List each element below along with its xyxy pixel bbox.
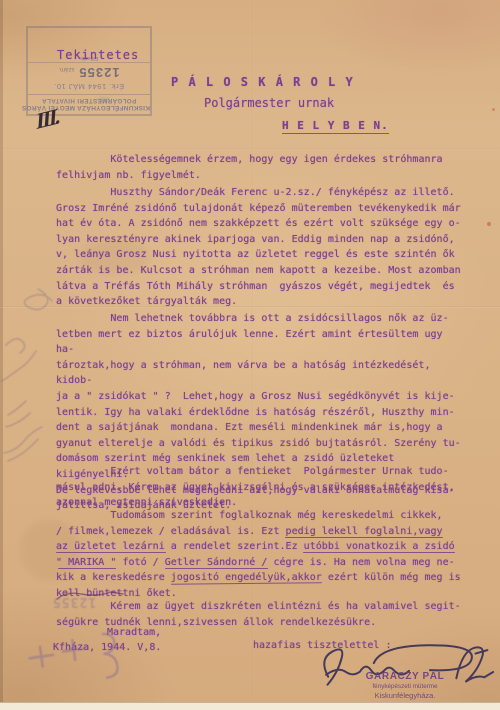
paragraph-1: Kötelességemnek érzem, hogy egy igen érd… (56, 152, 466, 183)
fold-crease (0, 148, 500, 150)
addressee-name: P Á L O S K Á R O L Y (171, 75, 354, 89)
delivery-line: H E L Y B E N. (282, 119, 389, 134)
underline-mark (165, 568, 268, 569)
paragraph-2: Huszthy Sándor/Deák Ferenc u-2.sz./ fény… (56, 185, 466, 310)
signature-stamp-name: GARÁCZY PÁL (352, 671, 458, 682)
paper-speck (487, 222, 491, 226)
signature-stamp: GARÁCZY PÁL fényképészeti müterme Kiskun… (352, 671, 458, 700)
received-stamp-number: 12355 (78, 65, 119, 80)
letter-page: KISKUNFÉLEGYHÁZA MEGYEI VÁROS POLGÁRMEST… (0, 0, 500, 710)
handwritten-filing-mark: III. (35, 103, 59, 136)
paragraph-5: Tudomásom szerint foglalkoznak még keres… (56, 508, 466, 602)
received-stamp-number-label: szám. (58, 66, 74, 72)
scan-edge (0, 702, 500, 710)
bleedthrough-handwriting (0, 285, 55, 475)
paragraph-4: Ezért voltam bátor a fentieket Polgármes… (56, 464, 466, 511)
received-stamp-date: Érk. 1944 MÁJ 10. (28, 82, 150, 91)
salutation: Tekintetes (57, 48, 139, 62)
bleedthrough-number: 12355 (52, 594, 96, 609)
underline-mark (56, 552, 166, 553)
pencil-scribble (18, 621, 131, 697)
signature-stamp-business: fényképészeti müterme (352, 683, 458, 690)
underline-mark (58, 568, 116, 569)
signature-stamp-city: Kiskunfélegyháza. (352, 691, 458, 700)
underline-mark (285, 537, 443, 538)
received-stamp: KISKUNFÉLEGYHÁZA MEGYEI VÁROS POLGÁRMEST… (26, 26, 152, 116)
paper-speck (492, 108, 495, 111)
underline-mark (303, 552, 455, 553)
addressee-title: Polgármester urnak (204, 96, 334, 110)
received-stamp-office: POLGÁRMESTERI HIVATALA (28, 94, 150, 104)
